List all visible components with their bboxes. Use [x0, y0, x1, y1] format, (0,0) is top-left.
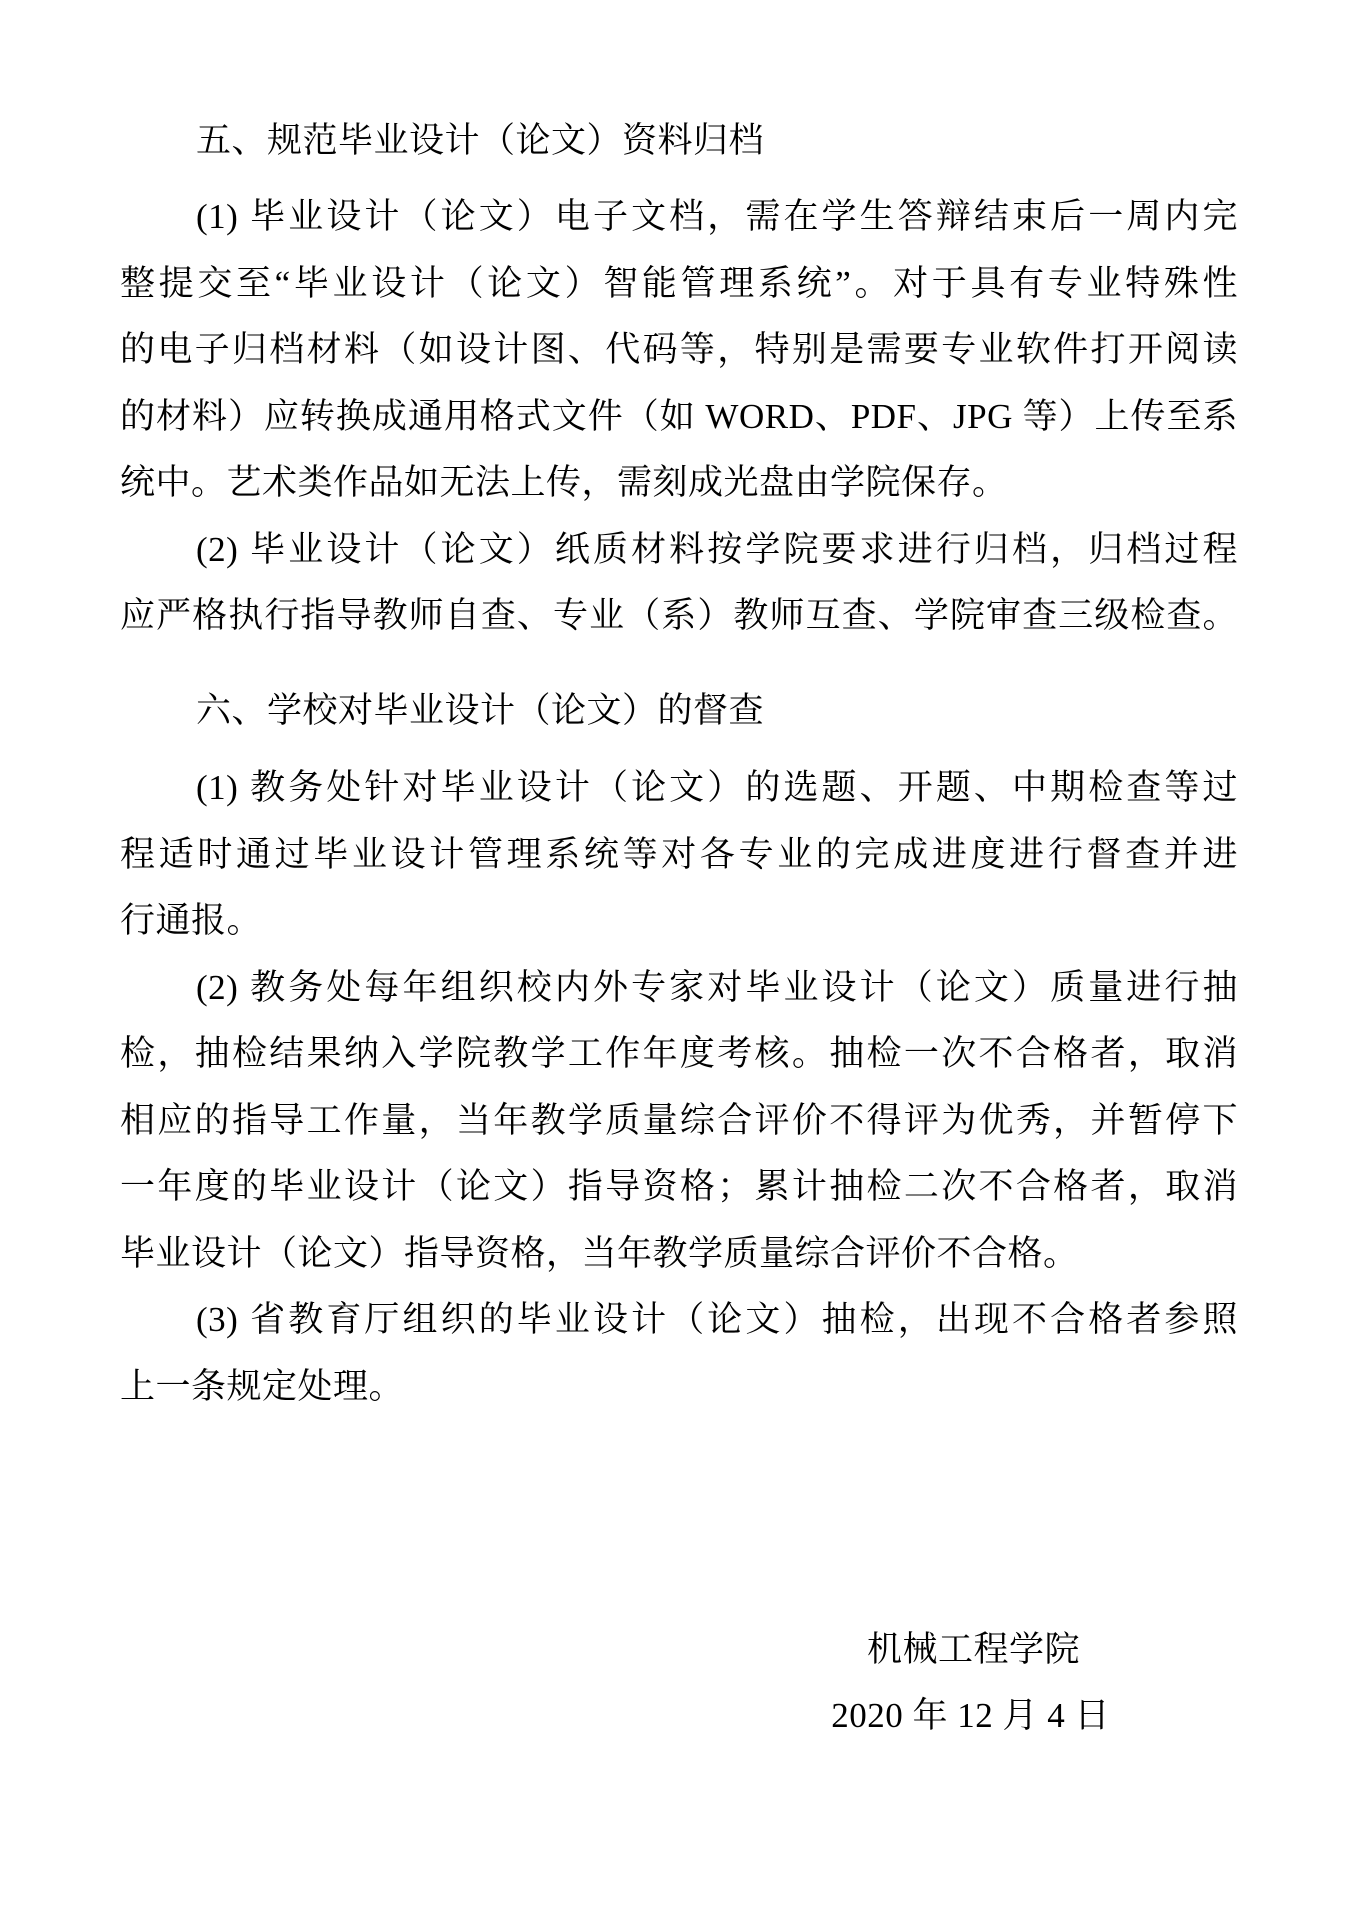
signature-organization: 机械工程学院 [120, 1617, 1238, 1684]
body-line: (1) 教务处针对毕业设计（论文）的选题、开题、中期检查等过 [120, 755, 1238, 822]
body-line: (1) 毕业设计（论文）电子文档，需在学生答辩结束后一周内完 [120, 184, 1238, 251]
body-line: 上一条规定处理。 [120, 1354, 1238, 1421]
paragraph-5-2: (2) 毕业设计（论文）纸质材料按学院要求进行归档，归档过程 应严格执行指导教师… [120, 517, 1238, 650]
paragraph-6-1: (1) 教务处针对毕业设计（论文）的选题、开题、中期检查等过 程适时通过毕业设计… [120, 755, 1238, 955]
body-line: 行通报。 [120, 888, 1238, 955]
signature-block: 机械工程学院 2020 年 12 月 4 日 [120, 1617, 1238, 1750]
body-line: (2) 教务处每年组织校内外专家对毕业设计（论文）质量进行抽 [120, 955, 1238, 1022]
signature-date: 2020 年 12 月 4 日 [120, 1683, 1238, 1750]
section-5-heading: 五、规范毕业设计（论文）资料归档 [120, 108, 1238, 175]
paragraph-5-1: (1) 毕业设计（论文）电子文档，需在学生答辩结束后一周内完 整提交至“毕业设计… [120, 184, 1238, 517]
body-line: 程适时通过毕业设计管理系统等对各专业的完成进度进行督查并进 [120, 822, 1238, 889]
body-line: 的材料）应转换成通用格式文件（如 WORD、PDF、JPG 等）上传至系 [120, 384, 1238, 451]
body-line: (2) 毕业设计（论文）纸质材料按学院要求进行归档，归档过程 [120, 517, 1238, 584]
body-line: 应严格执行指导教师自查、专业（系）教师互查、学院审查三级检查。 [120, 583, 1238, 650]
section-6-heading: 六、学校对毕业设计（论文）的督查 [120, 678, 1238, 745]
body-line: 整提交至“毕业设计（论文）智能管理系统”。对于具有专业特殊性 [120, 251, 1238, 318]
body-line: 一年度的毕业设计（论文）指导资格；累计抽检二次不合格者，取消 [120, 1154, 1238, 1221]
body-line: 统中。艺术类作品如无法上传，需刻成光盘由学院保存。 [120, 450, 1238, 517]
document-body: 五、规范毕业设计（论文）资料归档 (1) 毕业设计（论文）电子文档，需在学生答辩… [120, 108, 1238, 1750]
paragraph-6-2: (2) 教务处每年组织校内外专家对毕业设计（论文）质量进行抽 检，抽检结果纳入学… [120, 955, 1238, 1288]
document-page: 五、规范毕业设计（论文）资料归档 (1) 毕业设计（论文）电子文档，需在学生答辩… [0, 0, 1358, 1919]
body-line: 毕业设计（论文）指导资格，当年教学质量综合评价不合格。 [120, 1221, 1238, 1288]
body-line: 的电子归档材料（如设计图、代码等，特别是需要专业软件打开阅读 [120, 317, 1238, 384]
paragraph-6-3: (3) 省教育厅组织的毕业设计（论文）抽检，出现不合格者参照 上一条规定处理。 [120, 1287, 1238, 1420]
body-line: 相应的指导工作量，当年教学质量综合评价不得评为优秀，并暂停下 [120, 1088, 1238, 1155]
body-line: 检，抽检结果纳入学院教学工作年度考核。抽检一次不合格者，取消 [120, 1021, 1238, 1088]
body-line: (3) 省教育厅组织的毕业设计（论文）抽检，出现不合格者参照 [120, 1287, 1238, 1354]
